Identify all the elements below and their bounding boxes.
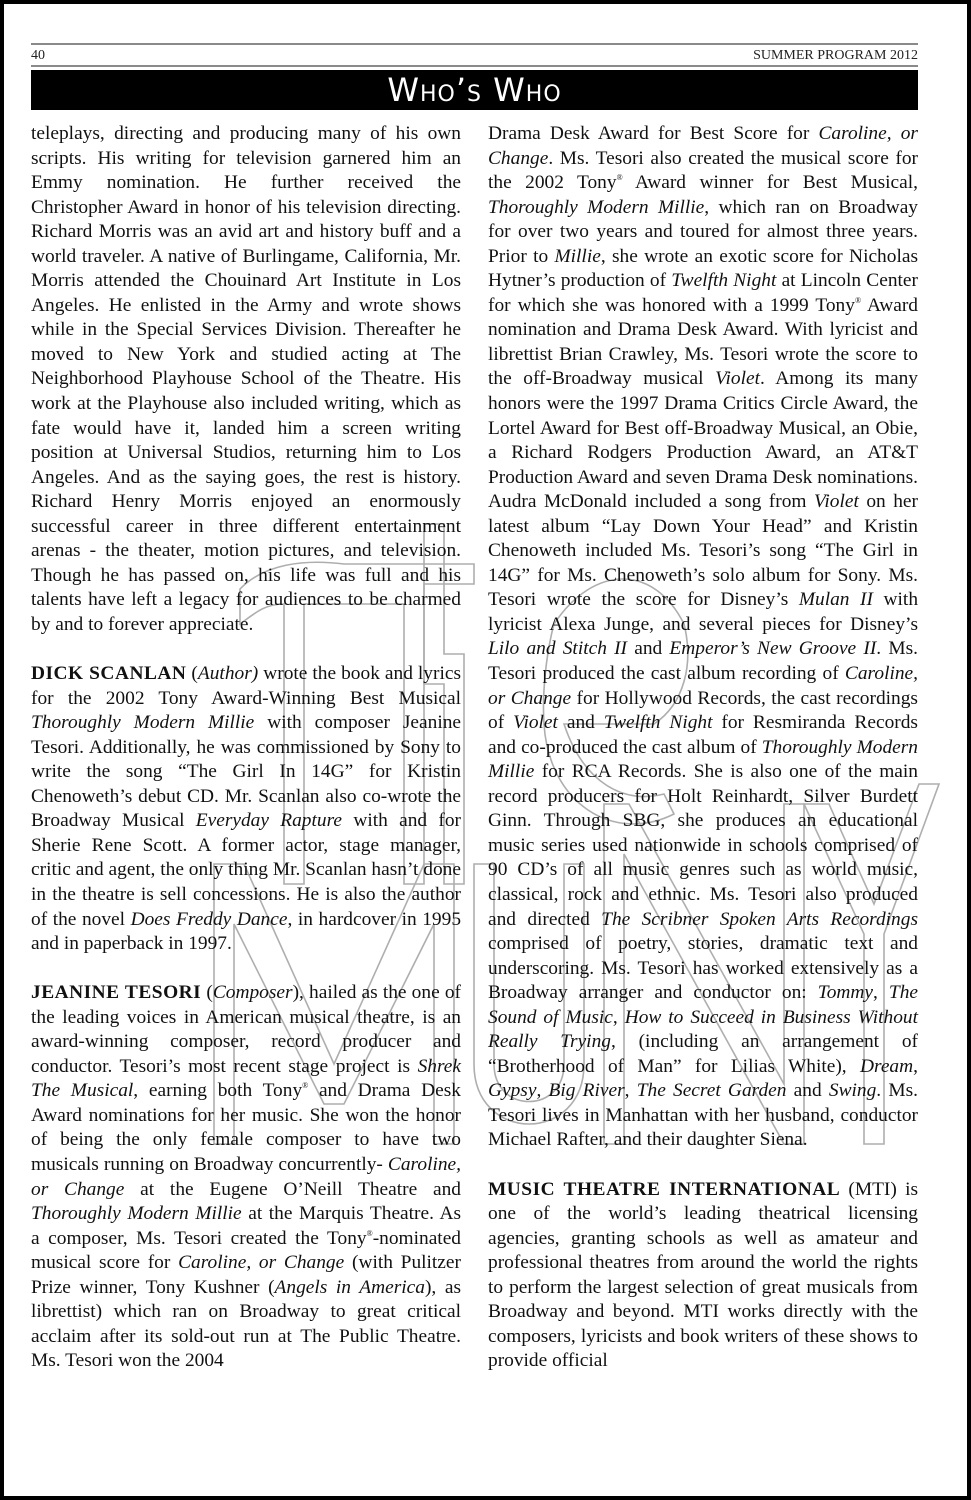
program-page: 40 SUMMER PROGRAM 2012 Who’s Who telepla… bbox=[4, 4, 967, 1496]
section-banner: Who’s Who bbox=[31, 70, 918, 110]
bio-jeanine-tesori-continued: Drama Desk Award for Best Score for Caro… bbox=[488, 122, 918, 1153]
bio-dick-scanlan: DICK SCANLAN (Author) wrote the book and… bbox=[31, 662, 461, 957]
header-bottom-rule bbox=[31, 65, 918, 67]
bio-richard-morris-continued: teleplays, directing and producing many … bbox=[31, 122, 461, 637]
right-column: Drama Desk Award for Best Score for Caro… bbox=[488, 122, 918, 1374]
bio-name: JEANINE TESORI bbox=[31, 982, 201, 1003]
page-number: 40 bbox=[31, 48, 45, 64]
publication-title: SUMMER PROGRAM 2012 bbox=[753, 48, 918, 64]
bio-music-theatre-international: MUSIC THEATRE INTERNATIONAL (MTI) is one… bbox=[488, 1178, 918, 1374]
bio-role: Author) bbox=[198, 663, 258, 684]
left-column: teleplays, directing and producing many … bbox=[31, 122, 461, 1374]
bio-role: Composer bbox=[213, 982, 293, 1003]
section-title: Who’s Who bbox=[387, 71, 561, 109]
bio-name: DICK SCANLAN bbox=[31, 663, 186, 684]
header-top-rule bbox=[31, 43, 918, 45]
bio-jeanine-tesori: JEANINE TESORI (Composer), hailed as the… bbox=[31, 981, 461, 1374]
bio-name: MUSIC THEATRE INTERNATIONAL bbox=[488, 1179, 840, 1200]
running-header: 40 SUMMER PROGRAM 2012 bbox=[31, 47, 918, 65]
